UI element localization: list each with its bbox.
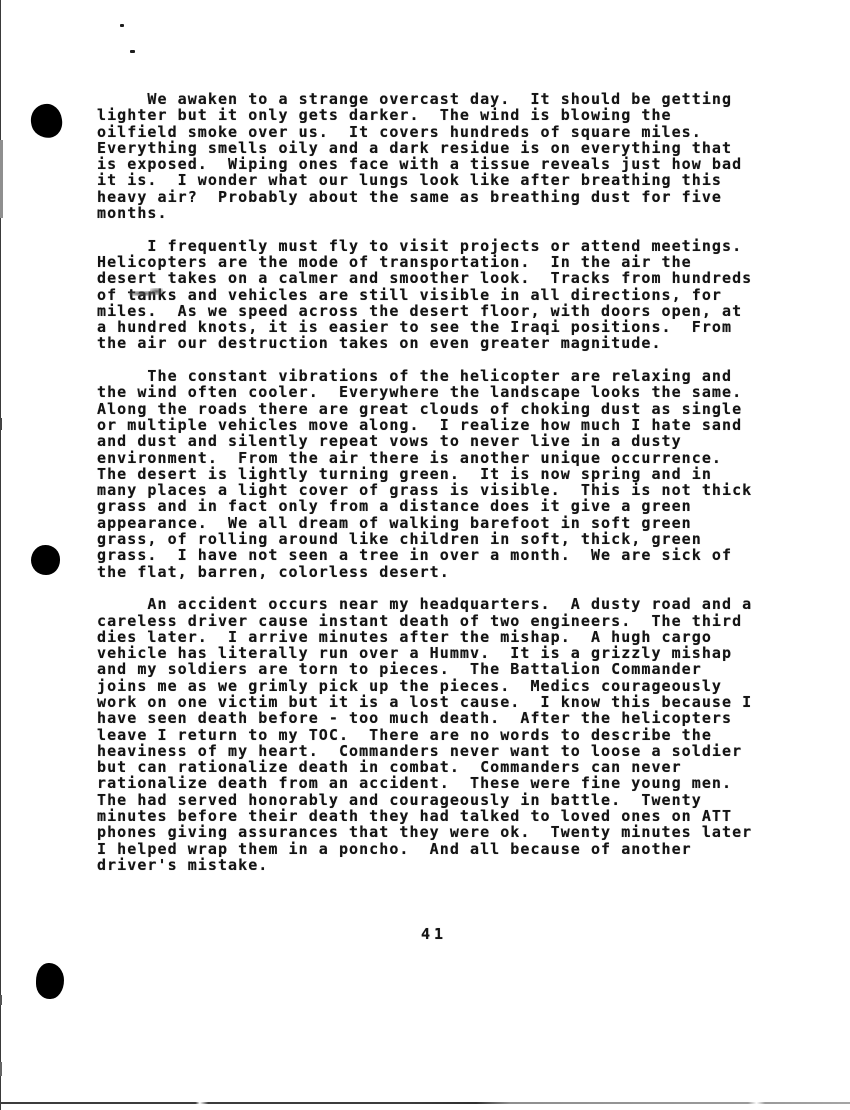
scan-edge-artifact [0,418,2,430]
ink-speck-mark [120,24,124,27]
paragraph-helicopter-flights: I frequently must fly to visit projects … [97,238,777,352]
document-body: We awaken to a strange overcast day. It … [97,91,777,873]
hole-punch-mark [36,963,64,999]
scanned-document-page: We awaken to a strange overcast day. It … [0,0,850,1110]
scan-edge-artifact [0,995,2,1005]
paragraph-oilfield-smoke: We awaken to a strange overcast day. It … [97,91,777,221]
scan-bottom-edge-line [0,1102,850,1104]
hole-punch-mark [31,545,60,575]
page-number: 41 [421,925,447,943]
scan-edge-artifact [0,1062,2,1076]
ink-speck-mark [130,50,135,53]
scan-edge-artifact [0,140,3,218]
paragraph-desert-turning-green: The constant vibrations of the helicopte… [97,368,777,580]
paragraph-accident: An accident occurs near my headquarters.… [97,596,777,873]
hole-punch-mark [29,102,64,140]
smudge-mark [129,291,155,296]
